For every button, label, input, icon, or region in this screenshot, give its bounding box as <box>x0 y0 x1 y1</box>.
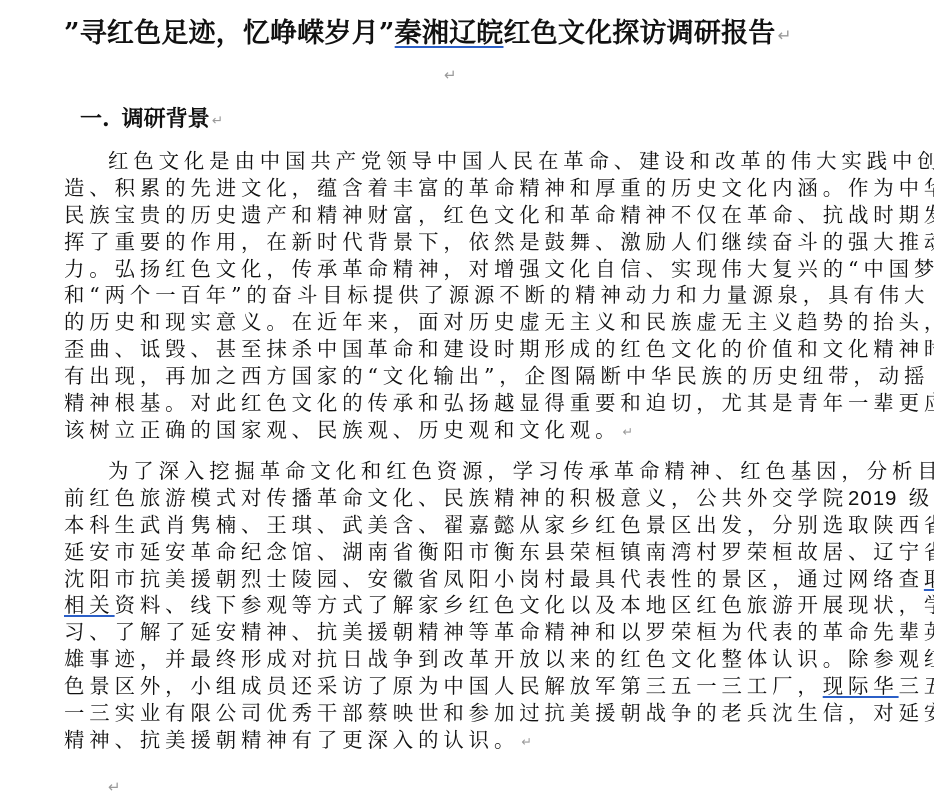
paragraph-research-purpose[interactable]: 为了深入挖掘革命文化和红色资源，学习传承革命精神、红色基因，分析目 前红色旅游模… <box>64 458 826 754</box>
title-underlined-term[interactable]: 秦湘辽皖 <box>395 18 504 49</box>
text-segment: 三五 <box>899 674 934 698</box>
text-segment: 级 <box>909 486 934 510</box>
text-line: 精神根基。对此红色文化的传承和弘扬越显得重要和迫切，尤其是青年一辈更应 <box>64 390 826 417</box>
title-prefix: ”寻红色足迹，忆峥嵘岁月” <box>64 18 395 49</box>
text-line: 挥了重要的作用，在新时代背景下，依然是鼓舞、激励人们继续奋斗的强大推动 <box>64 229 826 256</box>
text-line: 歪曲、诋毁、甚至抹杀中国革命和建设时期形成的红色文化的价值和文化精神时 <box>64 336 826 363</box>
text-line: 色景区外，小组成员还采访了原为中国人民解放军第三五一三工厂，现际华三五 <box>64 673 826 700</box>
title-suffix: 红色文化探访调研报告 <box>503 18 775 49</box>
text-line: 沈阳市抗美援朝烈士陵园、安徽省凤阳小岗村最具代表性的景区，通过网络查取 <box>64 566 826 593</box>
text-line: 为了深入挖掘革命文化和红色资源，学习传承革命精神、红色基因，分析目 <box>64 458 826 485</box>
text-line: 的历史和现实意义。在近年来，面对历史虚无主义和民族虚无主义趋势的抬头， <box>64 309 826 336</box>
section-heading-text: 调研背景 <box>122 106 210 132</box>
text-line: 前红色旅游模式对传播革命文化、民族精神的积极意义，公共外交学院2019 级 <box>64 485 826 512</box>
text-line: 造、积累的先进文化，蕴含着丰富的革命精神和厚重的历史文化内涵。作为中华 <box>64 175 826 202</box>
paragraph-background[interactable]: 红色文化是由中国共产党领导中国人民在革命、建设和改革的伟大实践中创 造、积累的先… <box>64 148 826 444</box>
paragraph-mark-icon: ↵ <box>108 778 121 792</box>
section-heading[interactable]: 一.调研背景↵ <box>80 102 223 138</box>
text-segment: 色景区外，小组成员还采访了原为中国人民解放军第三五一三工厂， <box>64 674 823 698</box>
paragraph-mark-icon: ↵ <box>212 113 223 129</box>
text-segment: 沈阳市抗美援朝烈士陵园、安徽省凤阳小岗村最具代表性的景区，通过网络查 <box>64 567 924 591</box>
text-line: 相关资料、线下参观等方式了解家乡红色文化以及本地区红色旅游开展现状，学 <box>64 592 826 619</box>
text-segment: 资料、线下参观等方式了解家乡红色文化以及本地区红色旅游开展现状，学 <box>115 593 934 617</box>
text-line: 民族宝贵的历史遗产和精神财富，红色文化和革命精神不仅在革命、抗战时期发 <box>64 202 826 229</box>
paragraph-mark-icon: ↵ <box>622 424 637 439</box>
text-line: 延安市延安革命纪念馆、湖南省衡阳市衡东县荣桓镇南湾村罗荣桓故居、辽宁省 <box>64 539 826 566</box>
year-number: 2019 <box>848 488 897 510</box>
text-line: 一三实业有限公司优秀干部蔡映世和参加过抗美援朝战争的老兵沈生信，对延安 <box>64 700 826 727</box>
paragraph-mark-icon: ↵ <box>444 66 457 84</box>
text-line: 雄事迹，并最终形成对抗日战争到改革开放以来的红色文化整体认识。除参观红 <box>64 646 826 673</box>
text-line-content: 精神、抗美援朝精神有了更深入的认识。 <box>64 728 519 752</box>
spellcheck-underlined-text[interactable]: 取 <box>924 567 934 591</box>
text-line-content: 该树立正确的国家观、民族观、历史观和文化观。 <box>64 418 620 442</box>
text-line: 力。弘扬红色文化，传承革命精神，对增强文化自信、实现伟大复兴的“中国梦” <box>64 256 826 283</box>
text-line: 习、了解了延安精神、抗美援朝精神等革命精神和以罗荣桓为代表的革命先辈英 <box>64 619 826 646</box>
text-line: 有出现，再加之西方国家的“文化输出”，企图隔断中华民族的历史纽带，动摇 <box>64 363 826 390</box>
document-title[interactable]: ”寻红色足迹，忆峥嵘岁月”秦湘辽皖红色文化探访调研报告↵ <box>64 14 924 55</box>
paragraph-mark-icon: ↵ <box>777 25 791 45</box>
section-number: 一. <box>80 106 110 132</box>
text-line: 红色文化是由中国共产党领导中国人民在革命、建设和改革的伟大实践中创 <box>64 148 826 175</box>
text-line: 和“两个一百年”的奋斗目标提供了源源不断的精神动力和力量源泉，具有伟大 <box>64 282 826 309</box>
spellcheck-underlined-text[interactable]: 现际华 <box>823 674 899 698</box>
text-line: 本科生武肖隽楠、王琪、武美含、翟嘉懿从家乡红色景区出发，分别选取陕西省 <box>64 512 826 539</box>
text-segment: 前红色旅游模式对传播革命文化、民族精神的积极意义，公共外交学院 <box>64 486 848 510</box>
paragraph-mark-icon: ↵ <box>521 734 536 749</box>
text-line: 该树立正确的国家观、民族观、历史观和文化观。↵ <box>64 417 826 444</box>
spellcheck-underlined-text[interactable]: 相关 <box>64 593 115 617</box>
document-page[interactable]: ”寻红色足迹，忆峥嵘岁月”秦湘辽皖红色文化探访调研报告↵ ↵ 一.调研背景↵ 红… <box>0 0 934 792</box>
text-line: 精神、抗美援朝精神有了更深入的认识。↵ <box>64 727 826 754</box>
